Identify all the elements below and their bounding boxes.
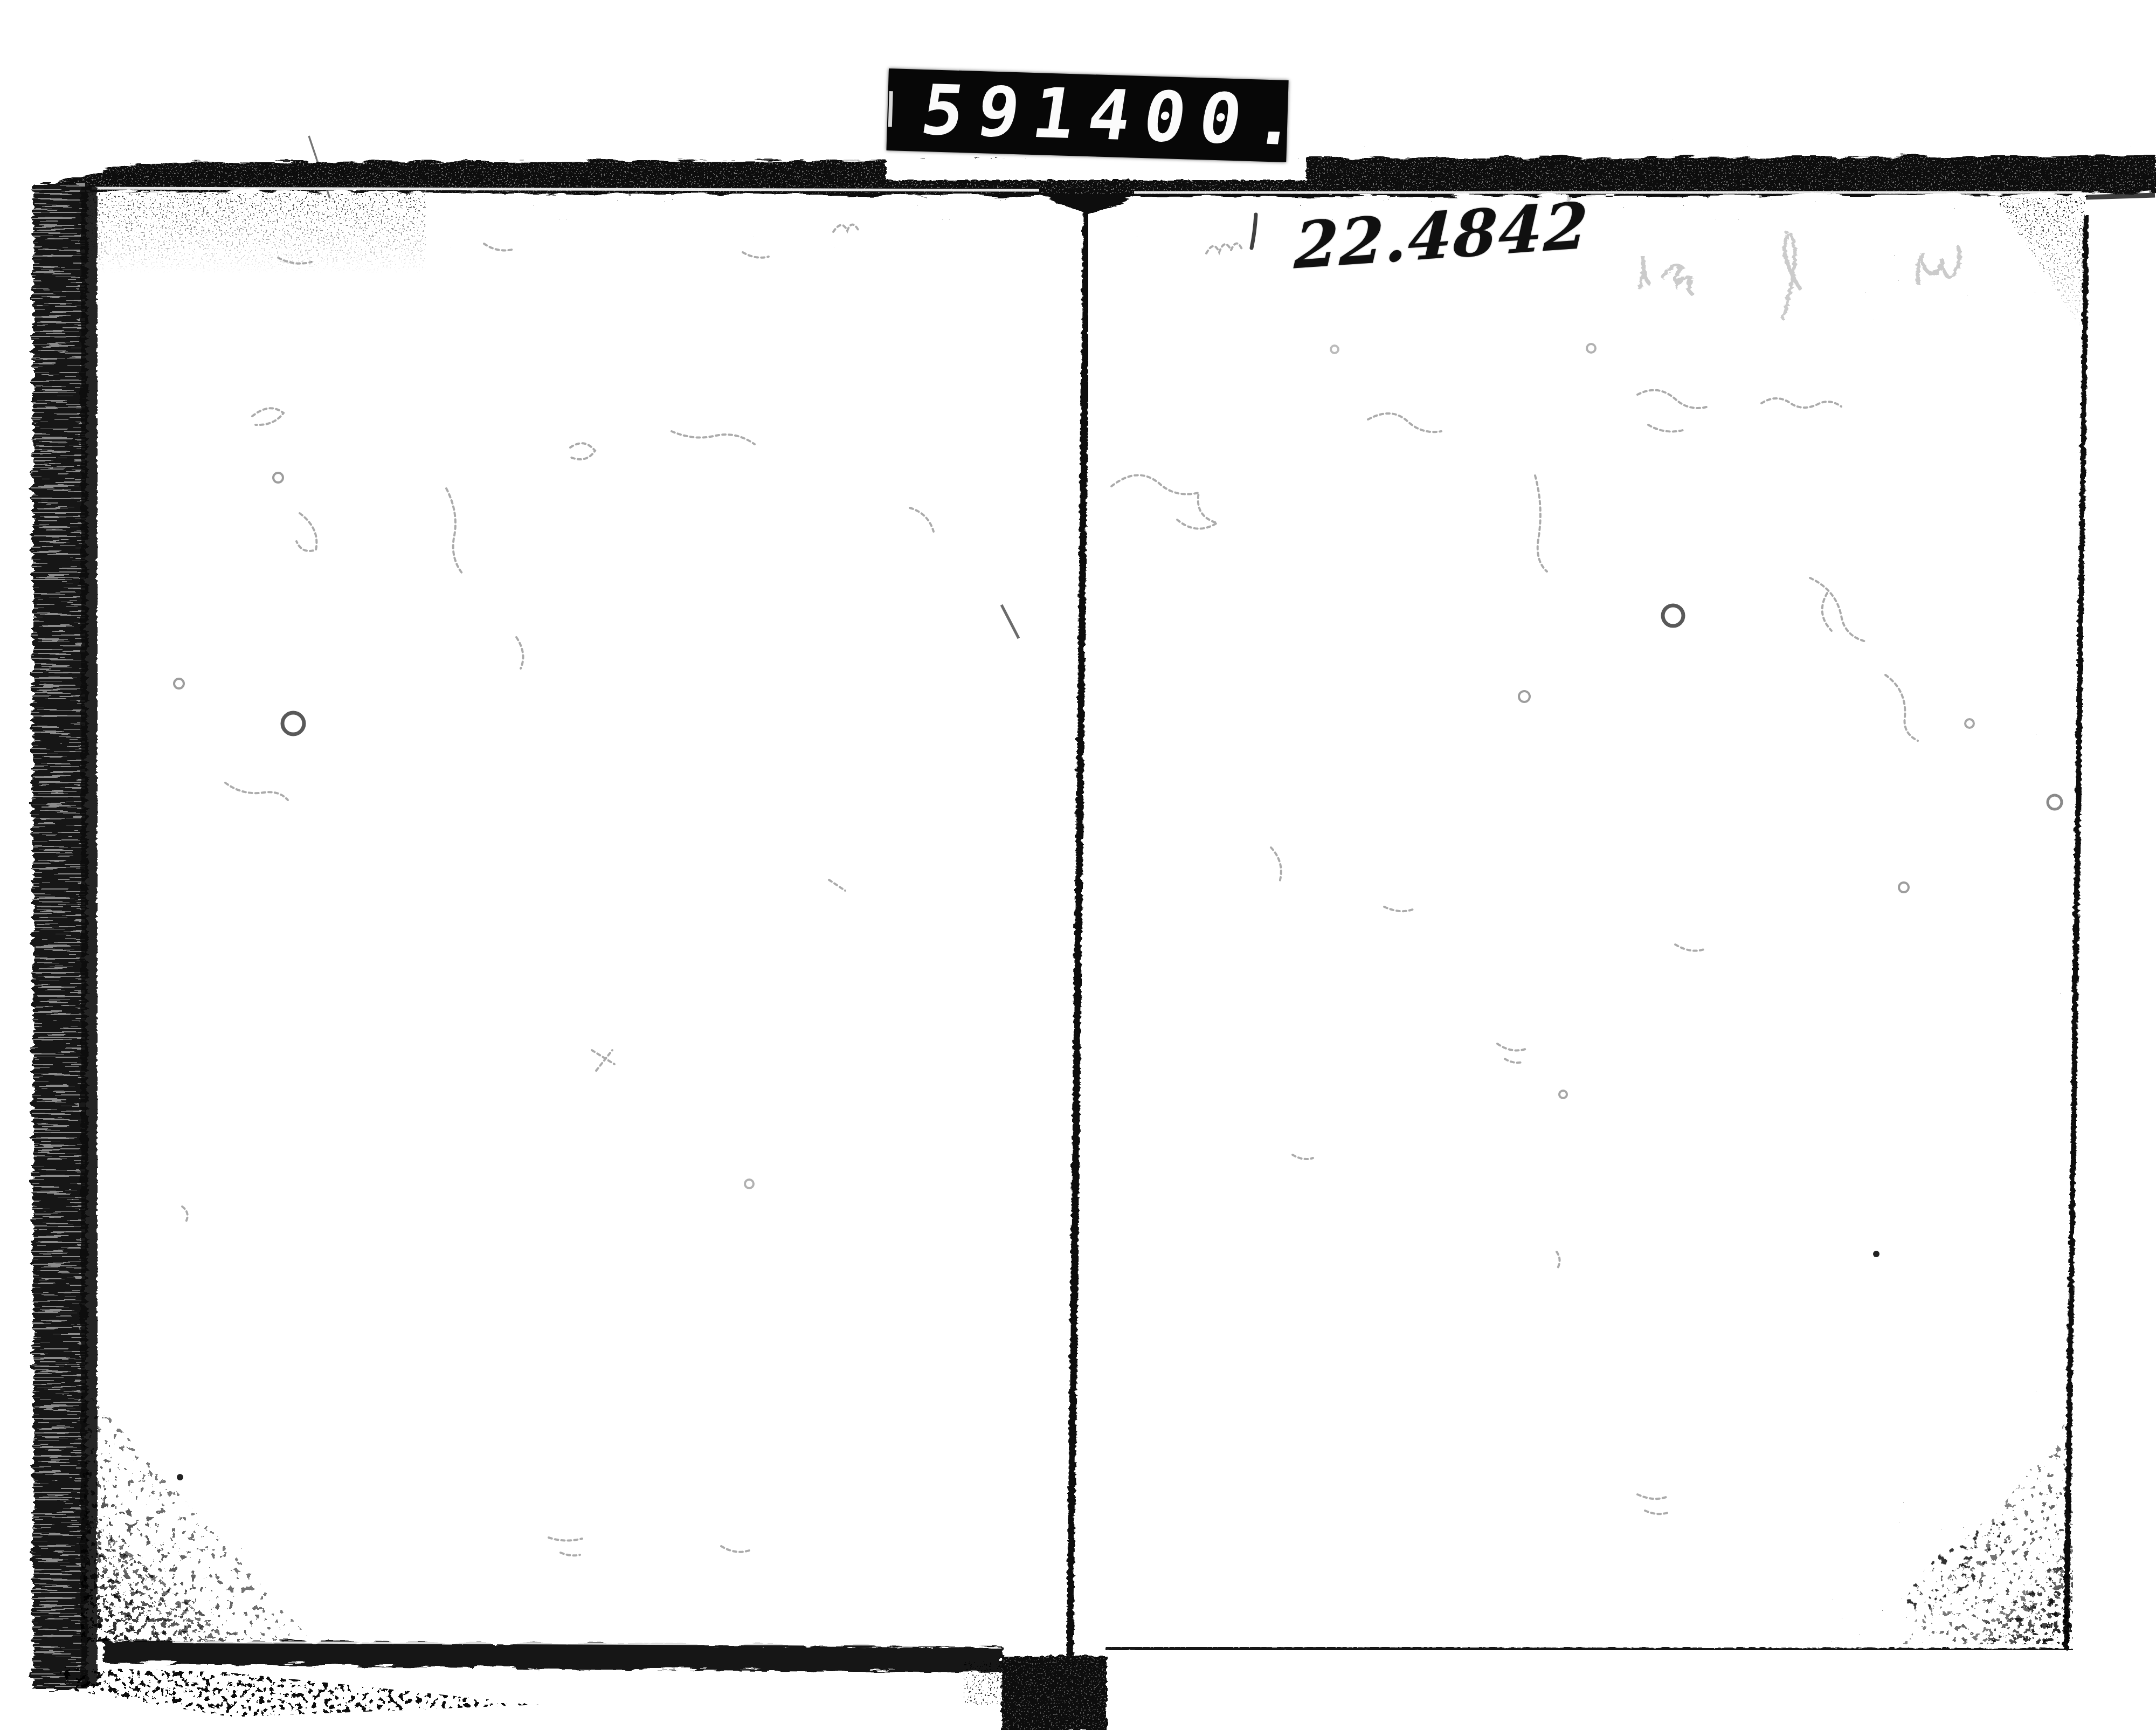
- counter-digits-left: 591: [917, 76, 1094, 150]
- film-frame-counter-label: 591 400.: [886, 68, 1288, 162]
- photocopy-dust-layer: [0, 0, 2156, 1730]
- counter-edge-notch: [888, 91, 893, 127]
- counter-digits-right: 400.: [1083, 81, 1316, 156]
- scanned-book-spread-photo: 591 400. 22.4842: [0, 0, 2156, 1730]
- scan-artifacts-art: [0, 0, 2156, 1730]
